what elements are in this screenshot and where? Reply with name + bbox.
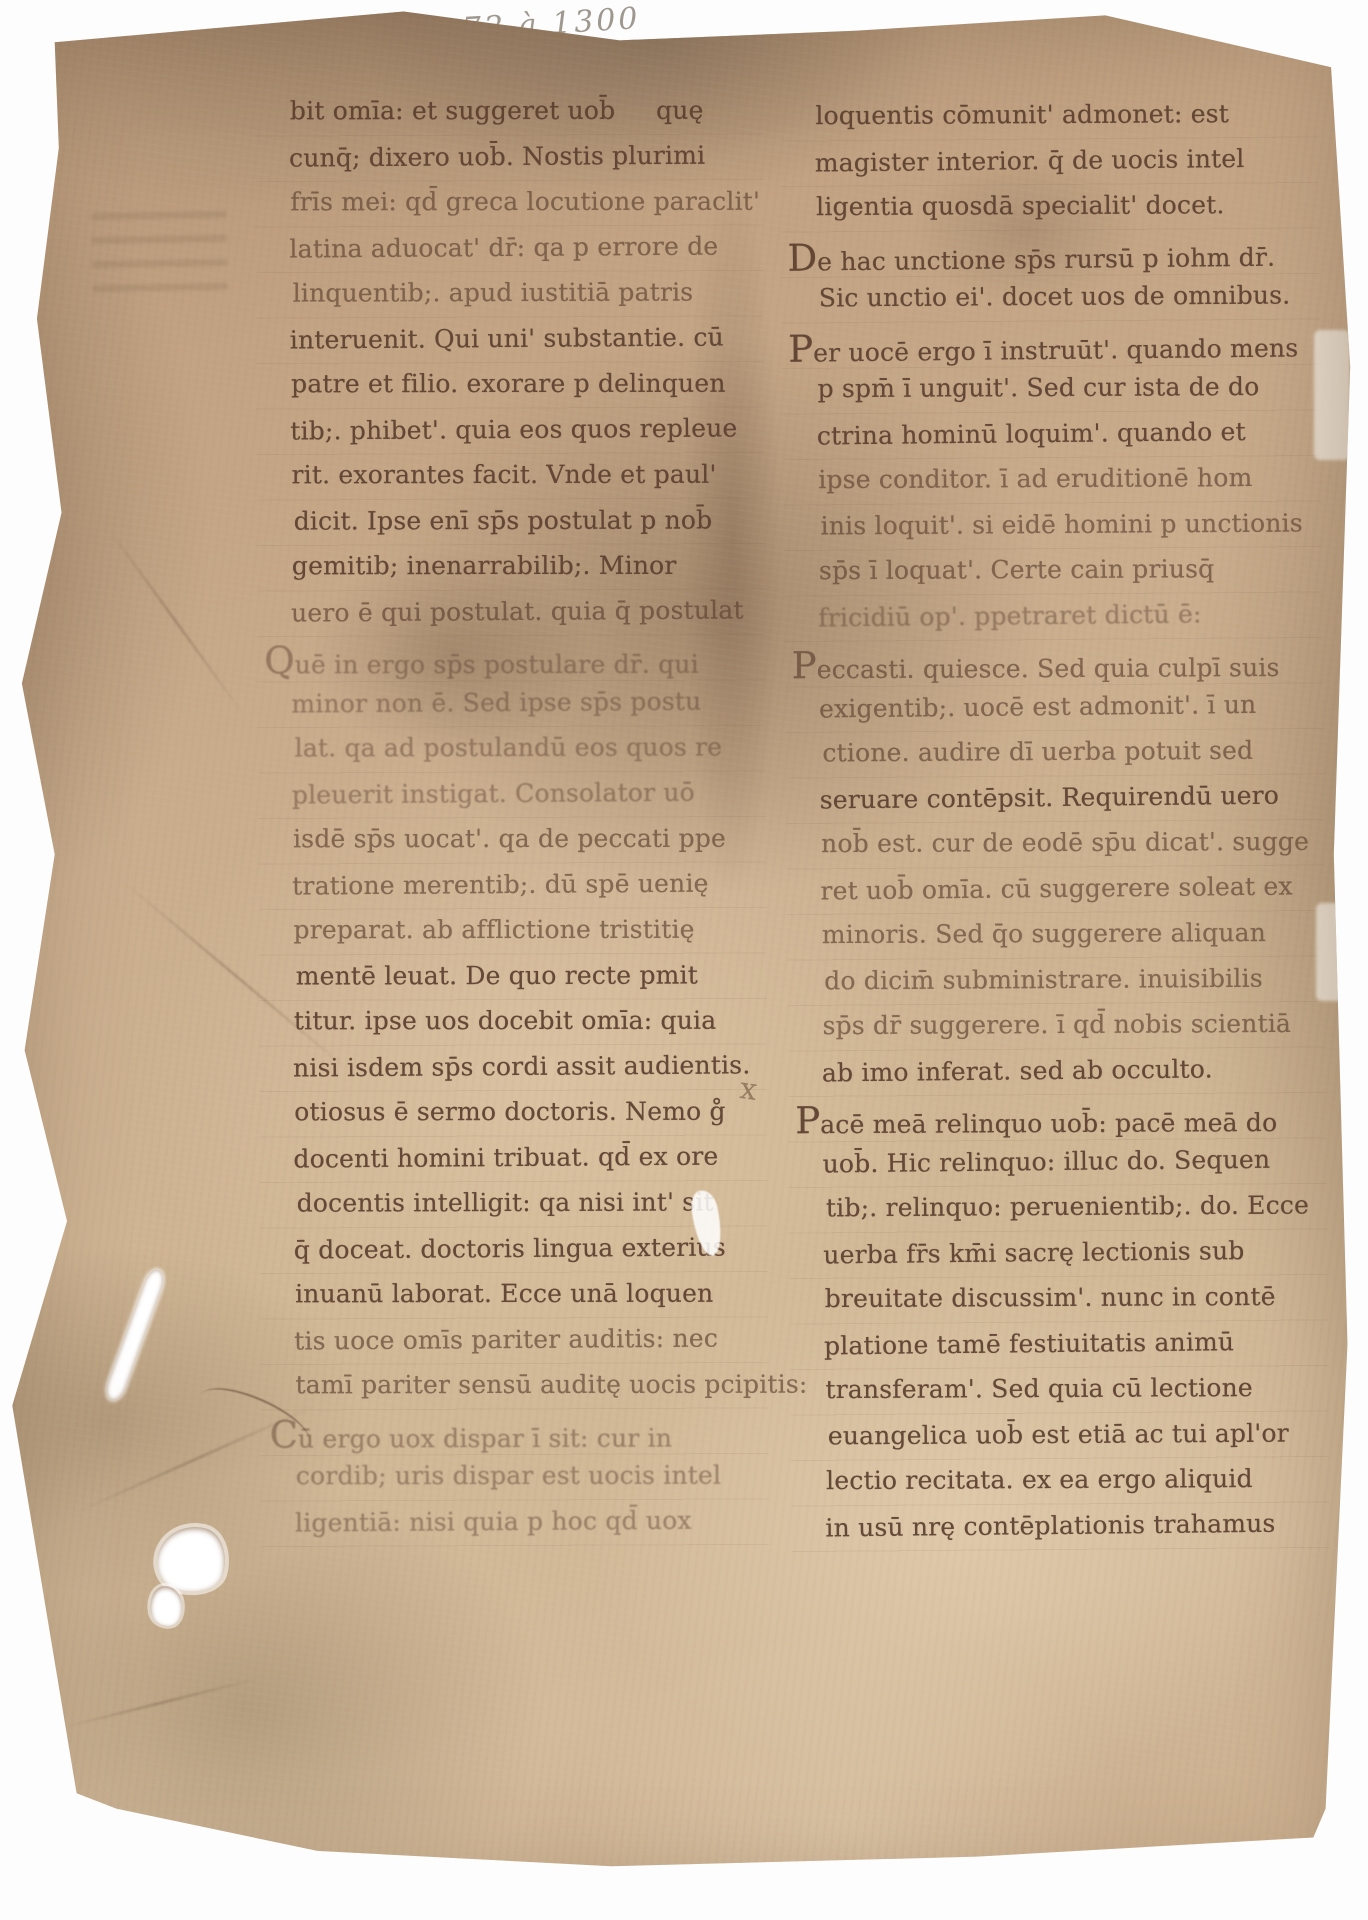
crease (61, 1677, 260, 1729)
text-line: transferam'. Sed quia cū lectione (825, 1373, 1295, 1421)
text-line: sp̄s ī loquat'. Certe cain priusq̄ (819, 554, 1289, 602)
text-line: minoris. Sed q̄o suggerere aliquan (822, 918, 1292, 966)
text-line: loquentis cōmunit' admonet: est (815, 99, 1285, 147)
text-line: cordib; uris dispar est uocis intel (296, 1461, 736, 1507)
text-line: p spm̄ ī unguit'. Sed cur ista de do (818, 372, 1288, 420)
text-line: do dicim̄ subministrare. inuisibilis (824, 963, 1294, 1011)
margin-cross-mark: x (738, 1071, 760, 1108)
text-line: q̄ doceat. doctoris lingua exterius (294, 1232, 734, 1281)
parchment-hole (147, 1584, 185, 1629)
text-line: ctione. audire dī uerba potuit sed (822, 736, 1292, 784)
text-line: Cū ergo uox dispar ī sit: cur in (270, 1415, 738, 1462)
text-line: euangelica uob̄ est etiā ac tui apl'or (828, 1418, 1298, 1466)
text-line: in usū nrę contēplationis trahamus (825, 1508, 1295, 1558)
faint-marginalia (91, 211, 227, 293)
initial-letter: D (787, 236, 817, 279)
text-line: titur. ipse uos docebit omīa: quia (294, 1006, 734, 1052)
initial-letter: P (792, 644, 817, 687)
text-line: docenti homini tribuat. qd̄ ex ore (293, 1141, 733, 1190)
text-line: gemitib; inenarrabilib;. Minor (292, 551, 732, 597)
text-line: isdē sp̄s uocat'. qa de peccati ppe (293, 824, 733, 870)
initial-letter: P (795, 1099, 820, 1142)
text-line: tis uoce omīs pariter auditis: nec (294, 1323, 734, 1372)
text-line: dicit. Ipse enī sp̄s postulat p nob̄ (294, 505, 734, 552)
text-line: ligentia quosdā specialit' docet. (816, 190, 1286, 238)
text-line: nob̄ est. cur de eodē sp̄u dicat'. sugge (821, 827, 1291, 875)
text-line: fricidiū op'. ppetraret dictū ē: (818, 598, 1288, 648)
text-line: De hac unctione sp̄s rursū p iohm dr̄. (787, 234, 1285, 285)
text-line: mentē leuat. De quo recte pmit (296, 960, 736, 1007)
crease (106, 525, 246, 716)
text-column-left: bit omīa: et suggeret uob̄ quęcunq̄; dix… (289, 95, 735, 1553)
text-line: interuenit. Qui uni' substantie. cū (290, 322, 730, 371)
text-line: rit. exorantes facit. Vnde et paul' (291, 460, 731, 506)
text-line: frīs mei: qd̄ greca locutione paraclit' (290, 187, 730, 233)
text-line: platione tamē festiuitatis animū (824, 1326, 1294, 1376)
text-line: ab imo inferat. sed ab occulto. (822, 1053, 1292, 1103)
text-line: lat. qa ad postulandū eos quos re (295, 732, 735, 779)
text-line: inuanū laborat. Ecce unā loquen (295, 1279, 735, 1325)
text-line: linquentib;. apud iustitiā patris (293, 277, 733, 324)
text-line: ctrina hominū loquim'. quando et (817, 416, 1287, 466)
text-line: ipse conditor. ī ad eruditionē hom (818, 463, 1288, 511)
text-line: uob̄. Hic relinquo: illuc do. Sequen (822, 1144, 1292, 1194)
text-line: Pacē meā relinquo uob̄: pacē meā do (795, 1100, 1293, 1148)
text-line: patre et filio. exorare p delinquen (291, 369, 731, 415)
text-line: otiosus ē sermo doctoris. Nemo g̊ (294, 1097, 734, 1143)
initial-letter: P (788, 327, 813, 370)
initial-letter: Q (264, 639, 294, 682)
text-line: exigentib;. uocē est admonit'. ī un (819, 689, 1289, 739)
text-line: tib;. phibet'. quia eos quos repleue (290, 413, 730, 462)
text-line: docentis intelligit: qa nisi int' sit (297, 1187, 737, 1234)
text-line: ret uob̄ omīa. cū suggerere soleat ex (820, 871, 1290, 921)
text-line: cunq̄; dixero uob̄. Nostis plurimi (289, 140, 729, 189)
tape-residue (1316, 903, 1348, 1001)
text-line: inis loquit'. si eidē homini p unctionis (821, 508, 1291, 556)
text-line: Sic unctio ei'. docet uos de omnibus. (819, 281, 1289, 329)
text-line: latina aduocat' dr̄: qa p errore de (289, 231, 729, 280)
text-line: uerba fr̄s km̄i sacrę lectionis sub (823, 1235, 1293, 1285)
text-line: tib;. relinquo: peruenientib;. do. Ecce (826, 1191, 1296, 1239)
text-line: uero ē qui postulat. quia q̄ postulat (291, 595, 731, 644)
tape-residue (1314, 330, 1350, 460)
text-line: nisi isdem sp̄s cordi assit audientis. (293, 1050, 733, 1099)
parchment-tear (103, 1267, 167, 1403)
text-line: Peccasti. quiesce. Sed quia culpī suis (792, 645, 1290, 693)
text-column-right: loquentis cōmunit' admonet: estmagister … (814, 98, 1295, 1558)
text-line: lectio recitata. ex ea ergo aliquid (826, 1464, 1296, 1512)
text-line: Per uocē ergo ī instruūt'. quando mens (788, 325, 1286, 376)
text-line: pleuerit instigat. Consolator uō (292, 777, 732, 826)
manuscript-leaf: bit omīa: et suggeret uob̄ quęcunq̄; dix… (0, 0, 1368, 1920)
text-line: tratione merentib;. dū spē uenię (292, 868, 732, 917)
text-line: minor non ē. Sed ipse sp̄s postu (291, 686, 731, 735)
text-line: sp̄s dr̄ suggerere. ī qd̄ nobis scientiā (823, 1009, 1293, 1057)
text-line: seruare contēpsit. Requirendū uero (820, 780, 1290, 830)
text-line: tamī pariter sensū auditę uocis pcipitis… (295, 1370, 735, 1416)
text-line: breuitate discussim'. nunc in contē (825, 1282, 1295, 1330)
text-line: Quē in ergo sp̄s postulare dr̄. qui (264, 642, 732, 688)
text-line: preparat. ab afflictione tristitię (293, 915, 733, 961)
manuscript-photo: 72 à 1300 bit omīa: et suggeret uob̄ quę… (0, 0, 1368, 1920)
text-line: ligentiā: nisi quia p hoc qd̄ uox (295, 1505, 735, 1554)
text-line: bit omīa: et suggeret uob̄ quę (290, 96, 730, 142)
text-line: magister interior. q̄ de uocis intel (815, 143, 1285, 193)
